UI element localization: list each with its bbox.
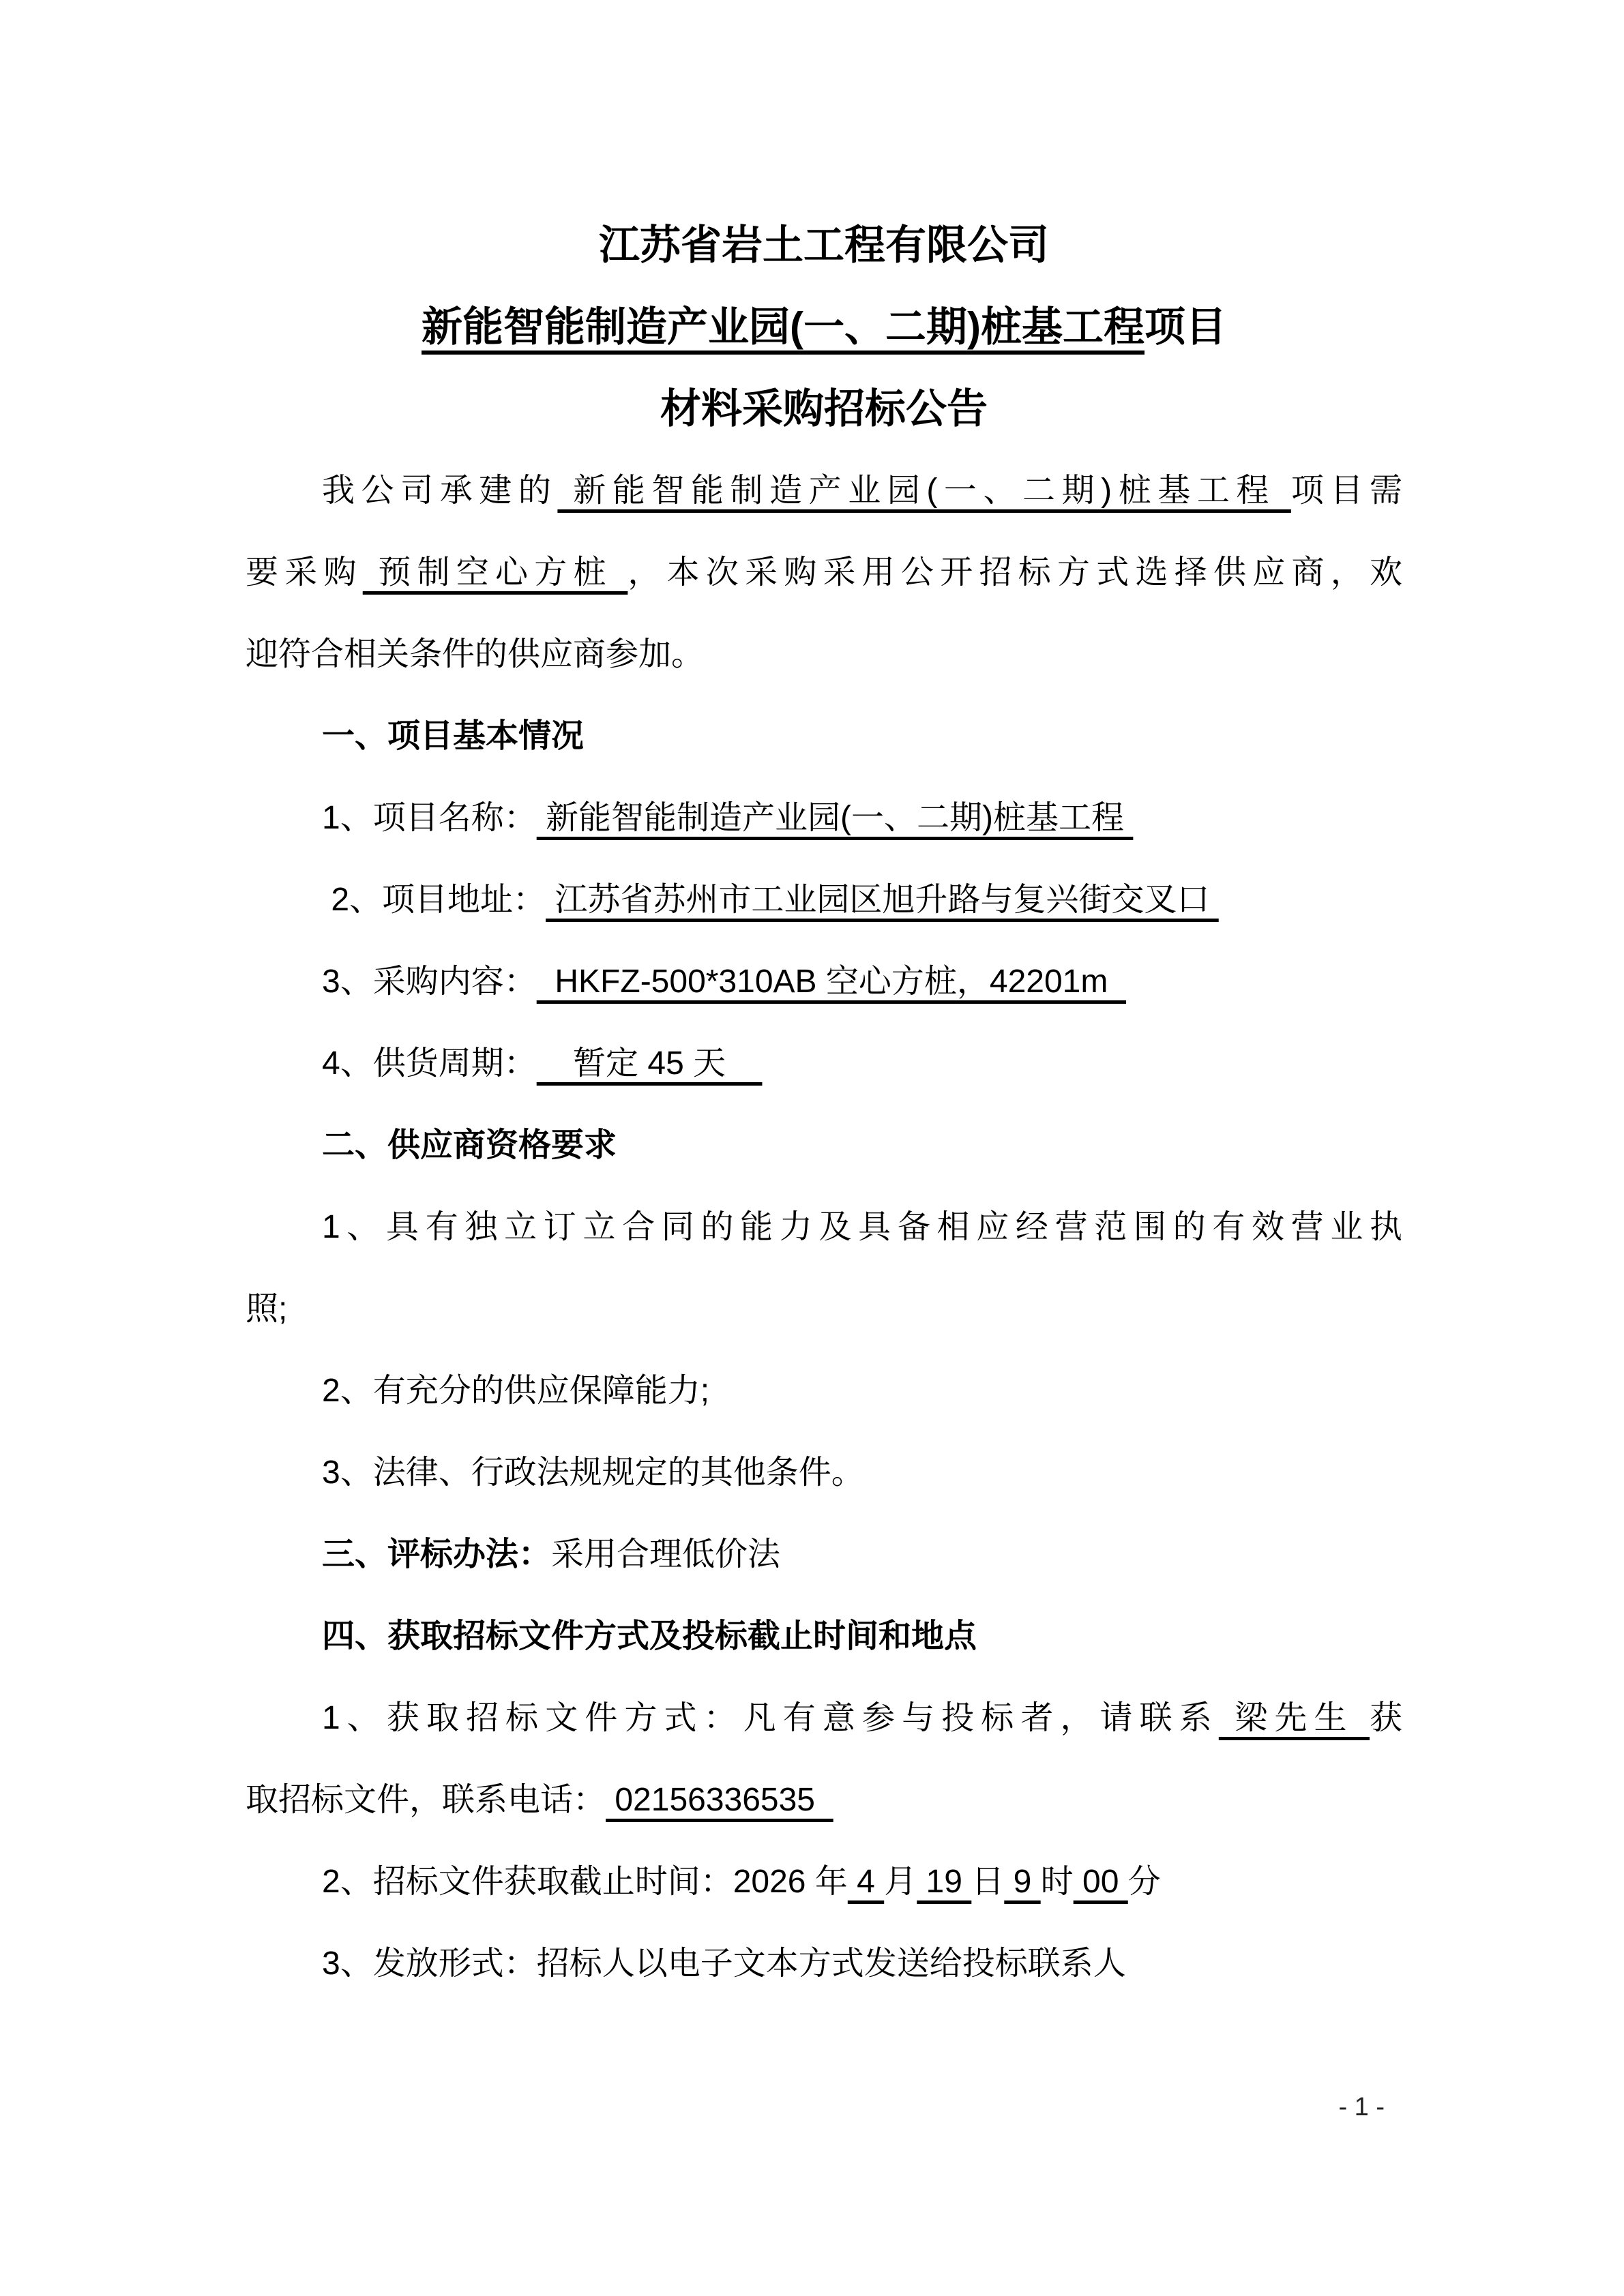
intro-line-3: 迎符合相关条件的供应商参加。 bbox=[246, 614, 1402, 696]
intro-line-2: 要采购 预制空心方桩 ，本次采购采用公开招标方式选择供应商，欢 bbox=[246, 532, 1402, 614]
delivery-form-text: 3、发放形式：招标人以电子文本方式发送给投标联系人 bbox=[322, 1945, 1126, 1982]
intro-project-name-value: 新能智能制造产业园(一、二期)桩基工程 bbox=[557, 473, 1290, 509]
document-content: 江苏省岩土工程有限公司 新能智能制造产业园(一、二期)桩基工程项目 材料采购招标… bbox=[246, 0, 1402, 2128]
title-company-text: 江苏省岩土工程有限公司 bbox=[599, 222, 1049, 268]
project-address-label: 2、项目地址： bbox=[322, 882, 546, 918]
contact-phone-label: 取招标文件，联系电话： bbox=[246, 1782, 606, 1818]
obtain-method-text: 1、获取招标文件方式：凡有意参与投标者，请联系 bbox=[322, 1700, 1219, 1736]
contact-phone-value: 02156336535 bbox=[606, 1782, 833, 1818]
supply-period-label: 4、供货周期： bbox=[322, 1045, 537, 1082]
title-company: 江苏省岩土工程有限公司 bbox=[246, 205, 1402, 286]
section1-item4: 4、供货周期： 暂定 45 天 bbox=[246, 1023, 1402, 1105]
deadline-label: 2、招标文件获取截止时间：2026 年 bbox=[322, 1864, 848, 1900]
title-announcement: 材料采购招标公告 bbox=[246, 368, 1402, 450]
section1-heading-text: 一、项目基本情况 bbox=[322, 718, 584, 754]
section1-item1: 1、项目名称： 新能智能制造产业园(一、二期)桩基工程 bbox=[246, 777, 1402, 859]
project-name-label: 1、项目名称： bbox=[322, 800, 537, 836]
section2-heading-text: 二、供应商资格要求 bbox=[322, 1127, 617, 1163]
deadline-hour-label: 时 bbox=[1041, 1864, 1074, 1900]
section4-item3: 3、发放形式：招标人以电子文本方式发送给投标联系人 bbox=[246, 1923, 1402, 2005]
deadline-hour-value: 9 bbox=[1004, 1864, 1040, 1900]
section4-item1-line-1: 1、获取招标文件方式：凡有意参与投标者，请联系 梁先生 获 bbox=[246, 1678, 1402, 1759]
section4-item1-line-2: 取招标文件，联系电话： 02156336535 bbox=[246, 1759, 1402, 1841]
page-number: - 1 - bbox=[246, 2087, 1402, 2128]
section2-item3: 3、法律、行政法规规定的其他条件。 bbox=[246, 1432, 1402, 1514]
title-project: 新能智能制造产业园(一、二期)桩基工程项目 bbox=[246, 286, 1402, 368]
intro-text: ，本次采购采用公开招标方式选择供应商，欢 bbox=[628, 554, 1402, 591]
section3-heading-text: 三、评标办法： bbox=[322, 1536, 551, 1572]
deadline-minute-value: 00 bbox=[1074, 1864, 1128, 1900]
section2-item2: 2、有充分的供应保障能力; bbox=[246, 1350, 1402, 1432]
deadline-month-label: 月 bbox=[884, 1864, 917, 1900]
qualification-text: 1、具有独立订立合同的能力及具备相应经营范围的有效营业执 bbox=[322, 1209, 1402, 1245]
evaluation-method-value: 采用合理低价法 bbox=[551, 1536, 780, 1572]
qualification-text: 照; bbox=[246, 1291, 287, 1327]
supply-period-value: 暂定 45 天 bbox=[537, 1045, 763, 1082]
deadline-day-value: 19 bbox=[917, 1864, 971, 1900]
procurement-content-label: 3、采购内容： bbox=[322, 964, 537, 1000]
project-address-value: 江苏省苏州市工业园区旭升路与复兴街交叉口 bbox=[546, 882, 1219, 918]
intro-material-value: 预制空心方桩 bbox=[363, 554, 628, 591]
section4-heading: 四、获取招标文件方式及投标截止时间和地点 bbox=[246, 1596, 1402, 1678]
qualification-text: 3、法律、行政法规规定的其他条件。 bbox=[322, 1455, 864, 1491]
section1-heading: 一、项目基本情况 bbox=[246, 696, 1402, 777]
document-page: 江苏省岩土工程有限公司 新能智能制造产业园(一、二期)桩基工程项目 材料采购招标… bbox=[0, 0, 1624, 2296]
intro-line-1: 我公司承建的 新能智能制造产业园(一、二期)桩基工程 项目需 bbox=[246, 450, 1402, 532]
section4-heading-text: 四、获取招标文件方式及投标截止时间和地点 bbox=[322, 1618, 977, 1654]
section1-item2: 2、项目地址： 江苏省苏州市工业园区旭升路与复兴街交叉口 bbox=[246, 859, 1402, 941]
section2-item1-line-1: 1、具有独立订立合同的能力及具备相应经营范围的有效营业执 bbox=[246, 1187, 1402, 1268]
title-project-underlined-text: 新能智能制造产业园(一、二期)桩基工程 bbox=[422, 304, 1145, 350]
title-project-suffix: 项目 bbox=[1145, 304, 1226, 350]
intro-text: 迎符合相关条件的供应商参加。 bbox=[246, 636, 704, 672]
section3-heading: 三、评标办法：采用合理低价法 bbox=[246, 1514, 1402, 1596]
contact-person-value: 梁先生 bbox=[1219, 1700, 1370, 1736]
section4-item2: 2、招标文件获取截止时间：2026 年 4 月 19 日 9 时 00 分 bbox=[246, 1841, 1402, 1923]
page-number-text: - 1 - bbox=[1338, 2093, 1385, 2121]
section2-heading: 二、供应商资格要求 bbox=[246, 1105, 1402, 1187]
project-name-value: 新能智能制造产业园(一、二期)桩基工程 bbox=[537, 800, 1134, 836]
qualification-text: 2、有充分的供应保障能力; bbox=[322, 1373, 709, 1409]
deadline-day-label: 日 bbox=[971, 1864, 1004, 1900]
section2-item1-line-2: 照; bbox=[246, 1268, 1402, 1350]
deadline-minute-label: 分 bbox=[1128, 1864, 1161, 1900]
title-announcement-text: 材料采购招标公告 bbox=[660, 386, 988, 432]
intro-text: 要采购 bbox=[246, 554, 363, 591]
procurement-content-value: HKFZ-500*310AB 空心方桩，42201m bbox=[537, 964, 1126, 1000]
intro-text: 我公司承建的 bbox=[322, 473, 557, 509]
obtain-method-text: 获 bbox=[1370, 1700, 1402, 1736]
intro-text: 项目需 bbox=[1291, 473, 1402, 509]
section1-item3: 3、采购内容： HKFZ-500*310AB 空心方桩，42201m bbox=[246, 941, 1402, 1023]
deadline-month-value: 4 bbox=[848, 1864, 884, 1900]
